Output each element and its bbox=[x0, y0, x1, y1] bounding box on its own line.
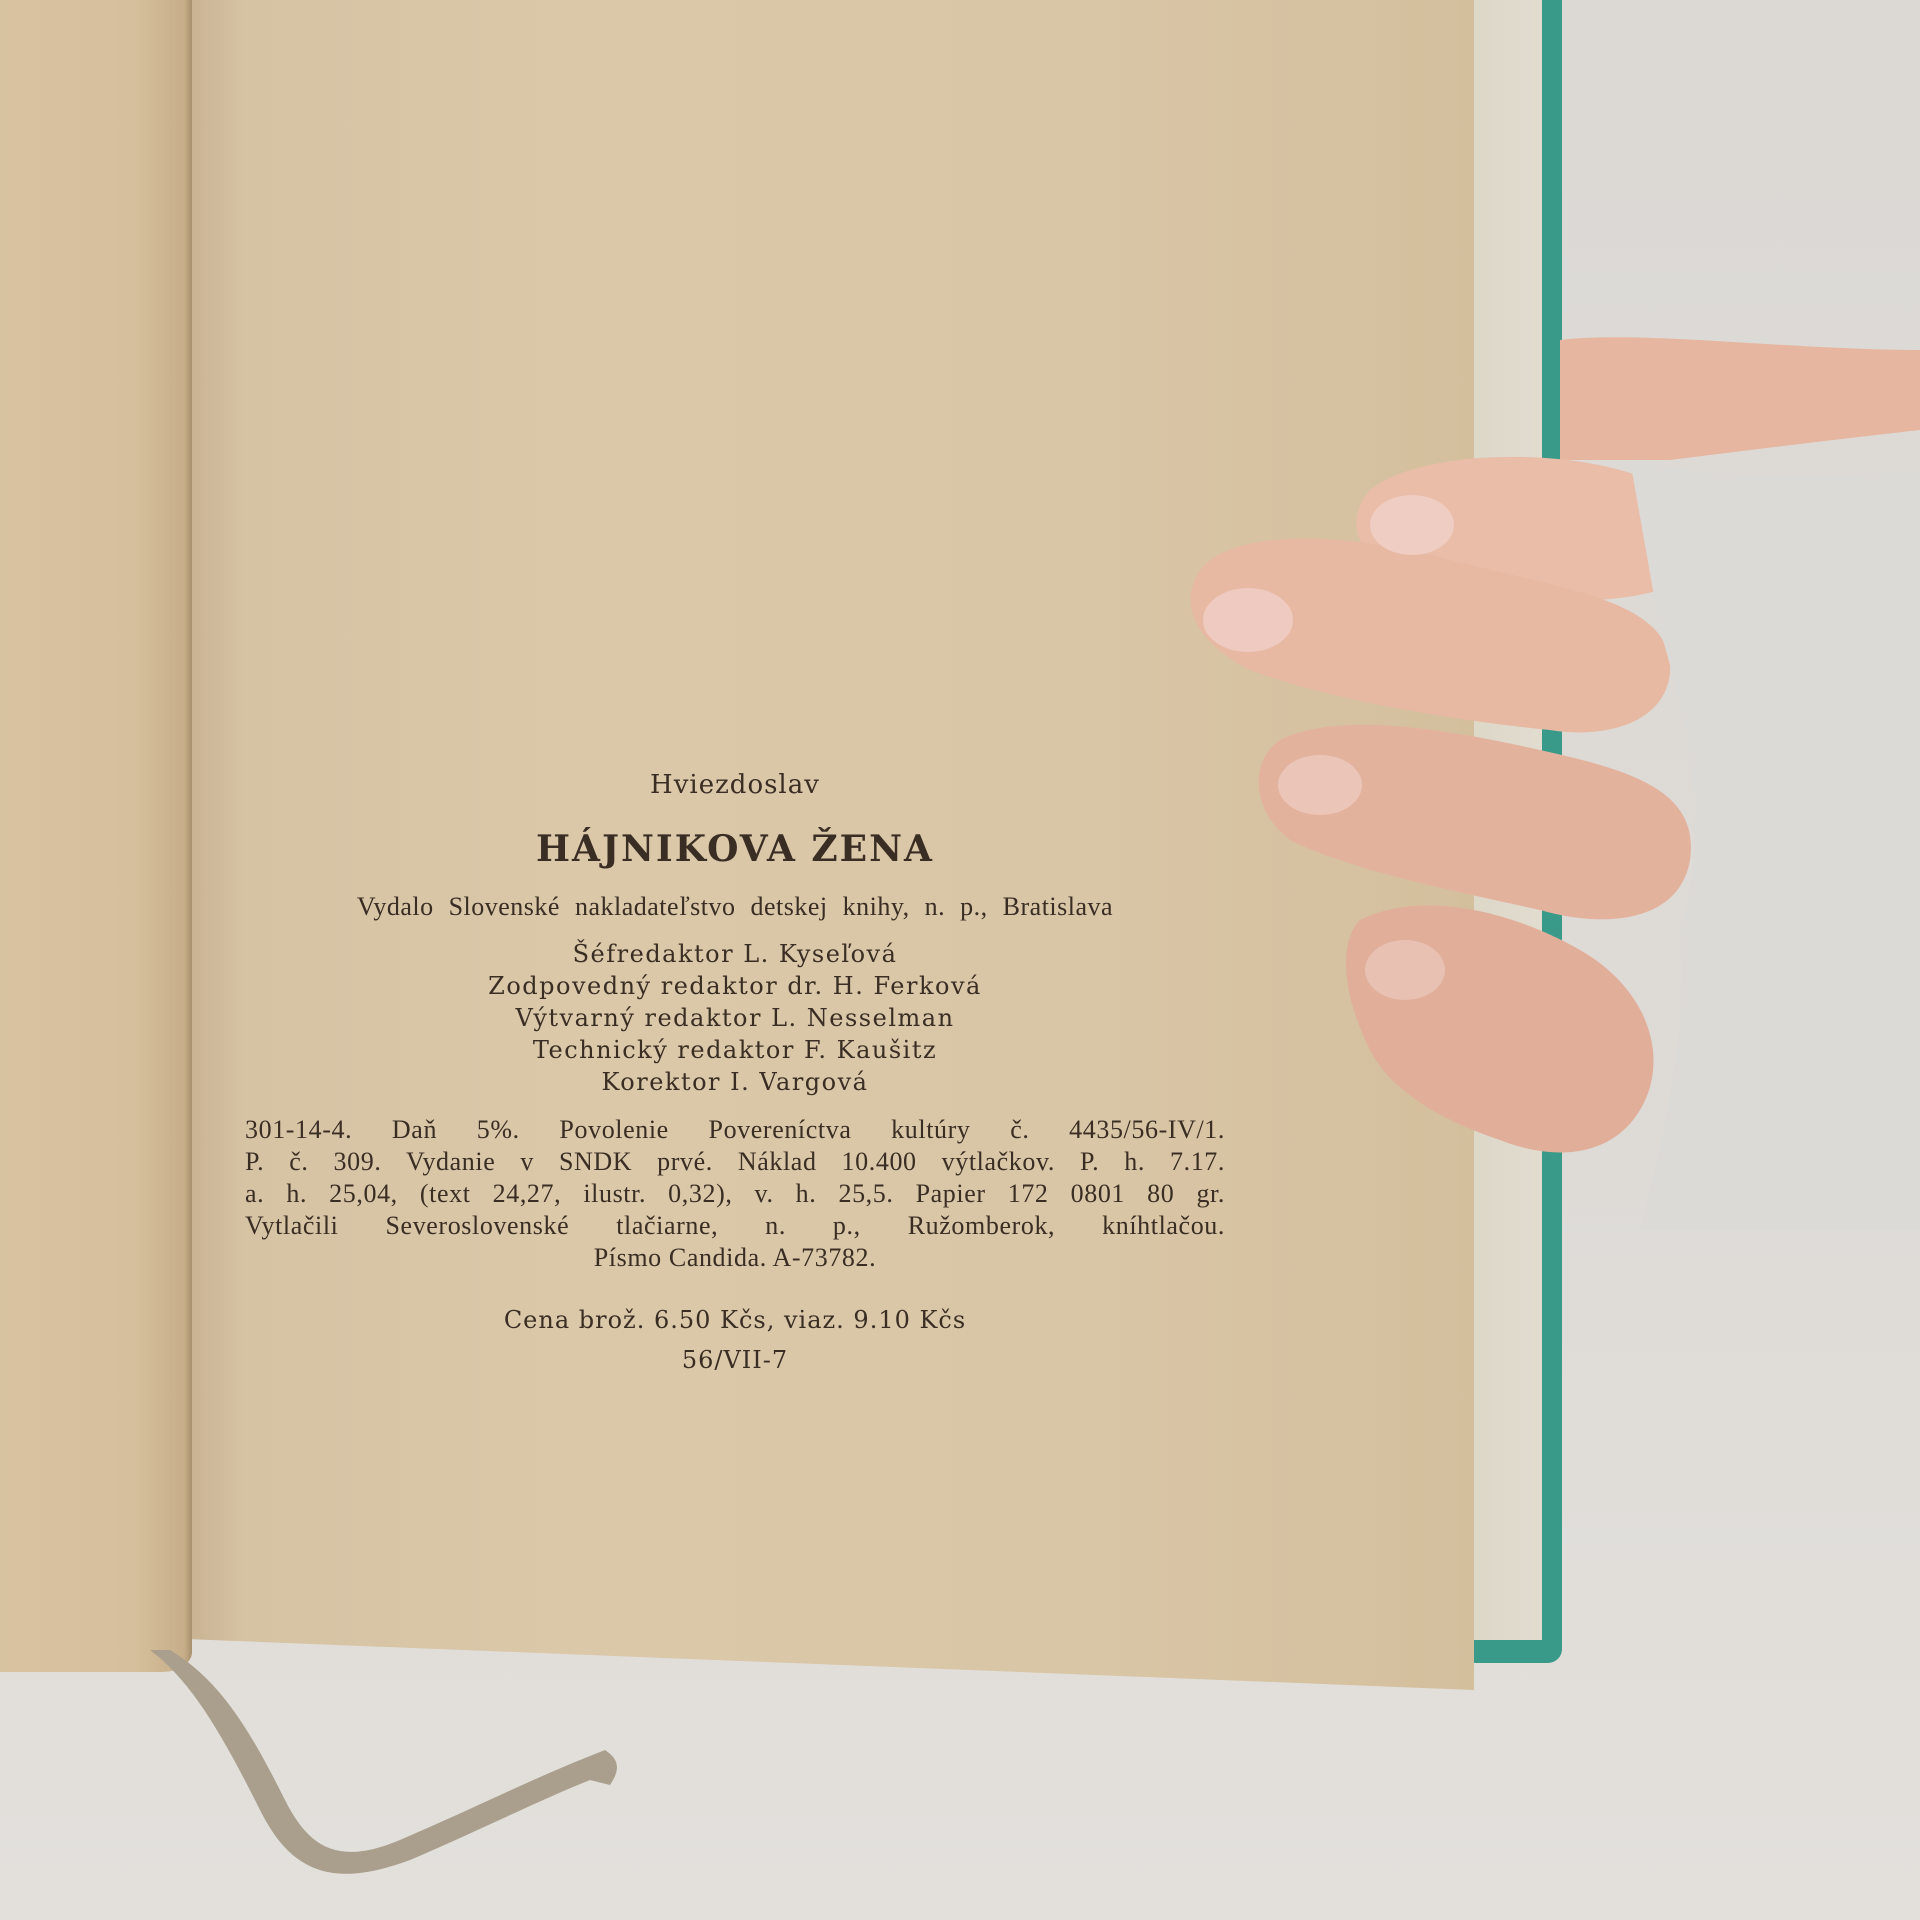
imprint-block: Hviezdoslav HÁJNIKOVA ŽENA Vydalo Sloven… bbox=[245, 760, 1225, 1380]
technical-details: 301-14-4. Daň 5%. Povolenie Povereníctva… bbox=[245, 1114, 1225, 1274]
publisher-line: Vydalo Slovenské nakladateľstvo detskej … bbox=[245, 892, 1225, 922]
hand bbox=[1190, 330, 1920, 1230]
staff-line: Korektor I. Vargová bbox=[245, 1066, 1225, 1098]
tech-line: P. č. 309. Vydanie v SNDK prvé. Náklad 1… bbox=[245, 1146, 1225, 1178]
edition-code: 56/VII-7 bbox=[245, 1340, 1225, 1380]
bookmark-ribbon bbox=[150, 1650, 750, 1920]
staff-line: Technický redaktor F. Kaušitz bbox=[245, 1034, 1225, 1066]
book-title: HÁJNIKOVA ŽENA bbox=[245, 828, 1225, 870]
price-block: Cena brož. 6.50 Kčs, viaz. 9.10 Kčs 56/V… bbox=[245, 1300, 1225, 1380]
left-page bbox=[0, 0, 192, 1672]
staff-line: Výtvarný redaktor L. Nesselman bbox=[245, 1002, 1225, 1034]
staff-list: Šéfredaktor L. Kyseľová Zodpovedný redak… bbox=[245, 938, 1225, 1098]
tech-line: Písmo Candida. A-73782. bbox=[245, 1242, 1225, 1274]
tech-line: Vytlačili Severoslovenské tlačiarne, n. … bbox=[245, 1210, 1225, 1242]
tech-line: a. h. 25,04, (text 24,27, ilustr. 0,32),… bbox=[245, 1178, 1225, 1210]
author-name: Hviezdoslav bbox=[245, 770, 1225, 800]
price-line: Cena brož. 6.50 Kčs, viaz. 9.10 Kčs bbox=[245, 1300, 1225, 1340]
staff-line: Šéfredaktor L. Kyseľová bbox=[245, 938, 1225, 970]
staff-line: Zodpovedný redaktor dr. H. Ferková bbox=[245, 970, 1225, 1002]
tech-line: 301-14-4. Daň 5%. Povolenie Povereníctva… bbox=[245, 1114, 1225, 1146]
